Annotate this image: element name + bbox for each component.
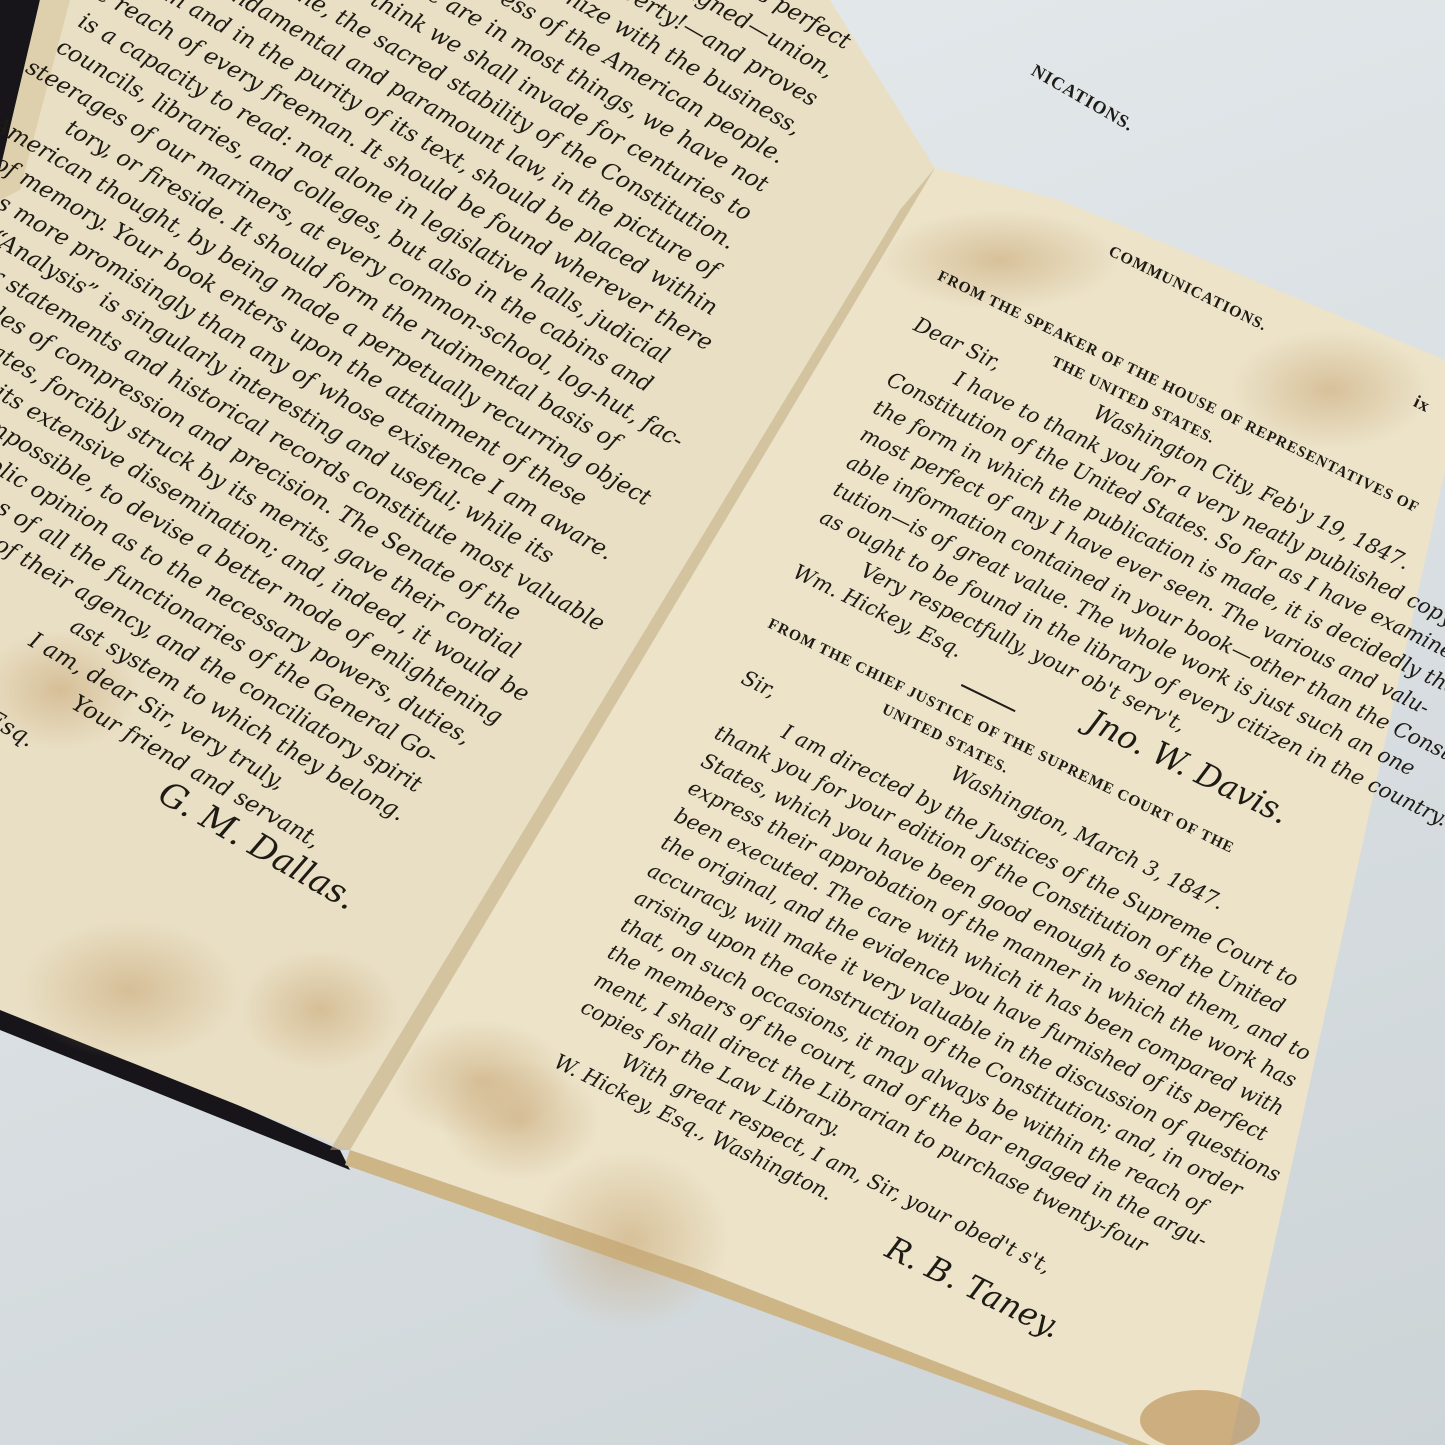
photo-scene: NICATIONS. , indeed, the natural result … [0,0,1445,1445]
page-number: ix [1408,387,1436,421]
